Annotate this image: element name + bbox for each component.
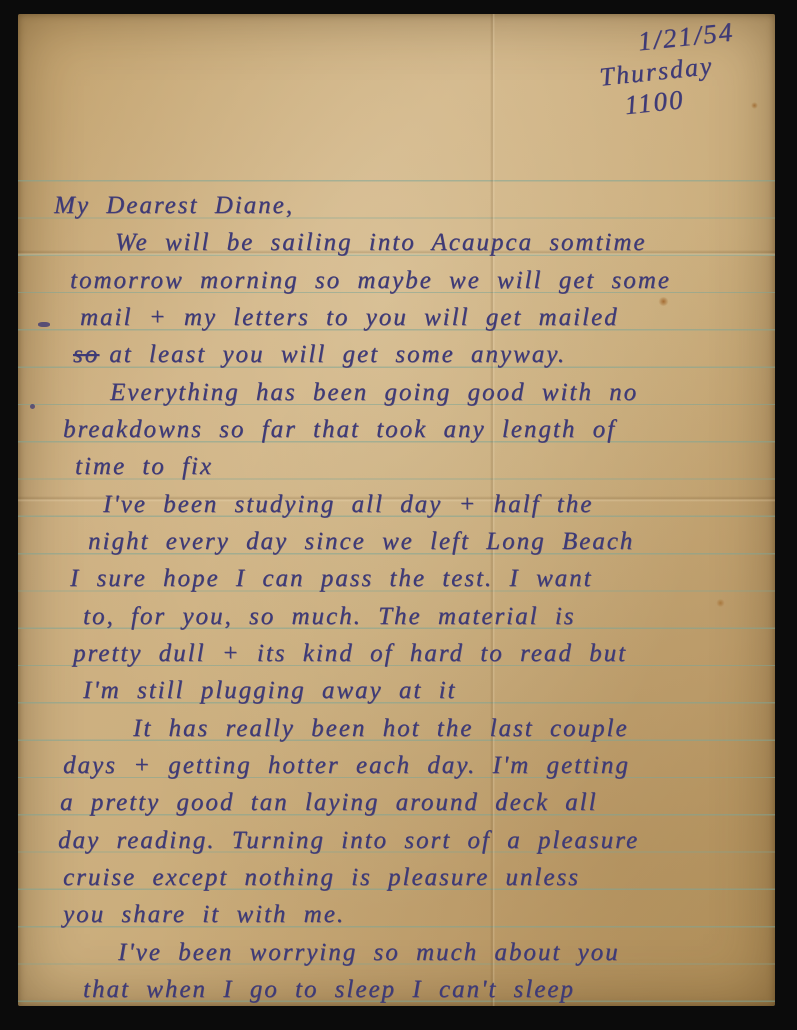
ink-smudge — [38, 322, 50, 327]
date-block: 1/21/54 Thursday 1100 — [579, 14, 775, 125]
letter-line: I'm still plugging away at it — [83, 676, 457, 705]
letter-line: cruise except nothing is pleasure unless — [63, 863, 580, 892]
letter-line: I sure hope I can pass the test. I want — [70, 564, 593, 593]
letter-line: a pretty good tan laying around deck all — [60, 788, 598, 817]
ink-dot — [30, 404, 35, 409]
rust-stain — [658, 297, 669, 306]
letter-line: I've been studying all day + half the — [103, 490, 593, 519]
letter-paper: 1/21/54 Thursday 1100 My Dearest Diane, … — [18, 14, 775, 1006]
letter-line: It has really been hot the last couple — [133, 714, 629, 743]
letter-line: I've been worrying so much about you — [118, 938, 620, 967]
letter-line: night every day since we left Long Beach — [88, 527, 634, 556]
letter-line: time to fix — [75, 452, 213, 481]
letter-line-text: at least you will get some anyway. — [109, 341, 566, 368]
letter-line: you share it with me. — [63, 900, 345, 929]
letter-line: We will be sailing into Acaupca somtime — [115, 228, 647, 257]
rust-stain — [716, 599, 725, 607]
scan-background: 1/21/54 Thursday 1100 My Dearest Diane, … — [0, 0, 797, 1030]
strikethrough-word: so — [73, 341, 99, 368]
letter-line: mail + my letters to you will get mailed — [80, 303, 619, 332]
letter-line: days + getting hotter each day. I'm gett… — [63, 751, 630, 780]
letter-line: day reading. Turning into sort of a plea… — [58, 826, 639, 855]
letter-line: Everything has been going good with no — [110, 378, 638, 407]
letter-line: to, for you, so much. The material is — [83, 602, 576, 631]
letter-line: soat least you will get some anyway. — [73, 340, 566, 369]
letter-line: breakdowns so far that took any length o… — [63, 415, 616, 444]
letter-line: pretty dull + its kind of hard to read b… — [73, 639, 627, 668]
salutation: My Dearest Diane, — [54, 191, 294, 220]
letter-line: tomorrow morning so maybe we will get so… — [70, 266, 671, 295]
letter-line: that when I go to sleep I can't sleep — [83, 975, 575, 1004]
